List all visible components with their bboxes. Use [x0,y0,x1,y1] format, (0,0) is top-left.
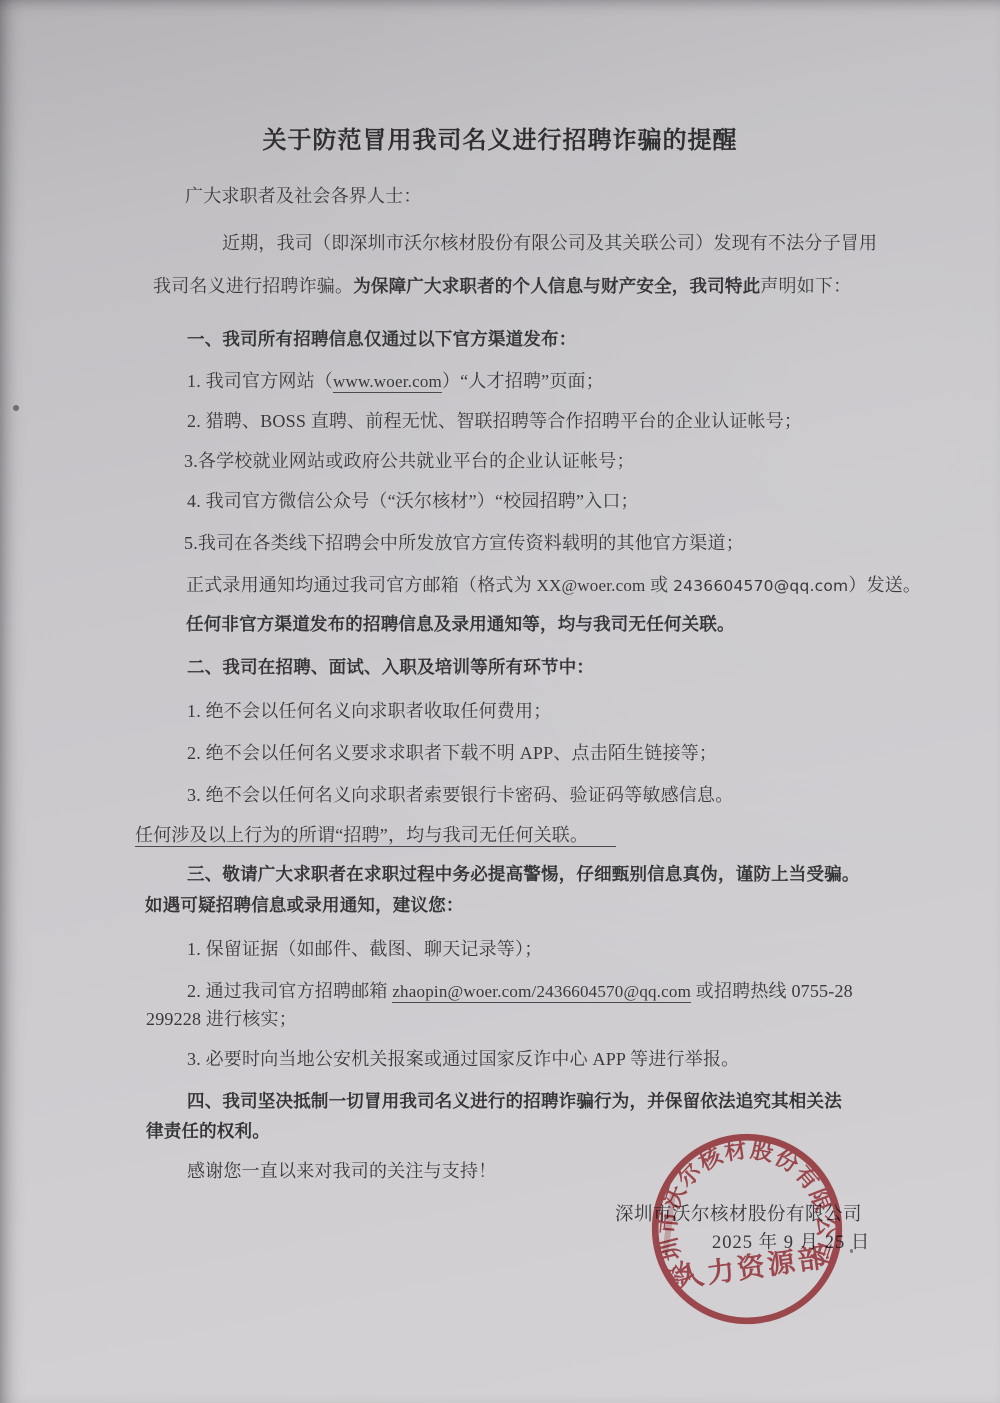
text-segment: ）发送。 [848,575,921,595]
text-segment: ）“人才招聘”页面； [442,371,604,391]
text-segment: 4. 我司官方微信公众号（“沃尔核材”）“校园招聘”入口； [187,491,639,511]
document-line: 4. 我司官方微信公众号（“沃尔核材”）“校园招聘”入口； [187,490,639,512]
underlined-text-segment: zhaopin@woer.com/2436604570@qq.com [392,982,691,1003]
document-page: 关于防范冒用我司名义进行招聘诈骗的提醒 广大求职者及社会各界人士：近期，我司（即… [0,0,1000,1403]
underlined-text-segment: www.woer.com [333,372,442,393]
seal-department-text: 人力资源部 [674,1241,830,1294]
document-line: 感谢您一直以来对我司的关注与支持！ [187,1160,496,1182]
text-segment: 3. 绝不会以任何名义向求职者索要银行卡密码、验证码等敏感信息。 [187,785,733,805]
text-segment: 2. 通过我司官方招聘邮箱 [187,981,392,1001]
document-line: 一、我司所有招聘信息仅通过以下官方渠道发布： [187,328,576,351]
document-line: 2. 绝不会以任何名义要求求职者下载不明 APP、点击陌生链接等； [187,742,717,764]
document-line: 2. 通过我司官方招聘邮箱 zhaopin@woer.com/243660457… [187,980,853,1003]
document-line: 正式录用通知均通过我司官方邮箱（格式为 XX@woer.com 或 243660… [186,574,921,597]
text-segment: 二、我司在招聘、面试、入职及培训等所有环节中： [187,658,594,678]
text-segment: 任何非官方渠道发布的招聘信息及录用通知等，均与我司无任何关联。 [186,615,735,635]
text-segment: 或招聘热线 0755-28 [691,981,853,1001]
text-segment: 律责任的权利。 [146,1122,270,1142]
document-line: 近期，我司（即深圳市沃尔核材股份有限公司及其关联公司）发现有不法分子冒用 [222,232,877,254]
document-line: 任何非官方渠道发布的招聘信息及录用通知等，均与我司无任何关联。 [186,613,735,636]
document-line: 299228 进行核实； [146,1008,297,1030]
text-segment: 感谢您一直以来对我司的关注与支持！ [187,1161,496,1181]
paper-speck [850,1249,853,1253]
document-line: 我司名义进行招聘诈骗。为保障广大求职者的个人信息与财产安全，我司特此声明如下： [153,275,851,298]
text-segment: 299228 进行核实； [146,1009,297,1029]
text-segment: XX@woer.com [537,576,646,595]
text-segment: 2436604570@qq.com [673,577,848,595]
text-segment: 3.各学校就业网站或政府公共就业平台的企业认证帐号； [184,451,635,471]
text-segment: 1. 保留证据（如邮件、截图、聊天记录等）； [187,939,542,959]
document-line: 四、我司坚决抵制一切冒用我司名义进行的招聘诈骗行为，并保留依法追究其相关法 [187,1090,842,1113]
text-segment: 5.我司在各类线下招聘会中所发放官方宣传资料载明的其他官方渠道； [184,533,744,553]
document-line: 5.我司在各类线下招聘会中所发放官方宣传资料载明的其他官方渠道； [184,532,744,554]
text-segment: 正式录用通知均通过我司官方邮箱（格式为 [186,575,537,595]
document-line: 任何涉及以上行为的所谓“招聘”，均与我司无任何关联。 [135,824,616,846]
document-title: 关于防范冒用我司名义进行招聘诈骗的提醒 [0,120,1000,155]
document-line: 三、敬请广大求职者在求职过程中务必提高警惕，仔细甄别信息真伪，谨防上当受骗。 [187,863,860,886]
text-segment: 或 [645,575,673,595]
text-segment: 2. 猎聘、BOSS 直聘、前程无忧、智联招聘等合作招聘平台的企业认证帐号； [187,411,802,431]
paper-speck [13,405,19,411]
document-line: 3.各学校就业网站或政府公共就业平台的企业认证帐号； [184,450,635,472]
document-line: 二、我司在招聘、面试、入职及培训等所有环节中： [187,656,594,679]
document-line: 律责任的权利。 [146,1120,270,1143]
text-segment: 如遇可疑招聘信息或录用通知，建议您： [145,896,464,916]
text-segment: 近期，我司（即深圳市沃尔核材股份有限公司及其关联公司）发现有不法分子冒用 [222,233,877,253]
text-segment: 广大求职者及社会各界人士： [185,186,422,206]
document-line: 3. 必要时向当地公安机关报案或通过国家反诈中心 APP 等进行举报。 [187,1048,739,1070]
underlined-text-segment [579,825,615,847]
document-line: 1. 绝不会以任何名义向求职者收取任何费用； [187,700,551,722]
document-line: 3. 绝不会以任何名义向求职者索要银行卡密码、验证码等敏感信息。 [187,784,733,806]
document-line: 2. 猎聘、BOSS 直聘、前程无忧、智联招聘等合作招聘平台的企业认证帐号； [187,410,802,432]
underlined-text-segment: 任何涉及以上行为的所谓“招聘”，均与我司无任何关联。 [135,825,579,847]
text-segment: 1. 绝不会以任何名义向求职者收取任何费用； [187,701,551,721]
text-segment: 2. 绝不会以任何名义要求求职者下载不明 APP、点击陌生链接等； [187,743,717,763]
text-segment: 1. 我司官方网站（ [187,371,333,391]
document-line: 广大求职者及社会各界人士： [185,185,422,207]
text-segment: 一、我司所有招聘信息仅通过以下官方渠道发布： [187,330,576,350]
company-seal-stamp: 深圳市沃尔核材股份有限公司 人力资源部 [632,1114,862,1344]
text-segment: 为保障广大求职者的个人信息与财产安全，我司特此 [353,277,760,297]
text-segment: 我司名义进行招聘诈骗。 [153,276,353,296]
document-line: 1. 保留证据（如邮件、截图、聊天记录等）； [187,938,542,960]
text-segment: 四、我司坚决抵制一切冒用我司名义进行的招聘诈骗行为，并保留依法追究其相关法 [187,1092,842,1112]
text-segment: 3. 必要时向当地公安机关报案或通过国家反诈中心 APP 等进行举报。 [187,1049,739,1069]
text-segment: 三、敬请广大求职者在求职过程中务必提高警惕，仔细甄别信息真伪，谨防上当受骗。 [187,865,860,885]
document-line: 1. 我司官方网站（www.woer.com）“人才招聘”页面； [187,370,604,393]
text-segment: 声明如下： [760,276,851,296]
document-line: 如遇可疑招聘信息或录用通知，建议您： [145,894,464,917]
